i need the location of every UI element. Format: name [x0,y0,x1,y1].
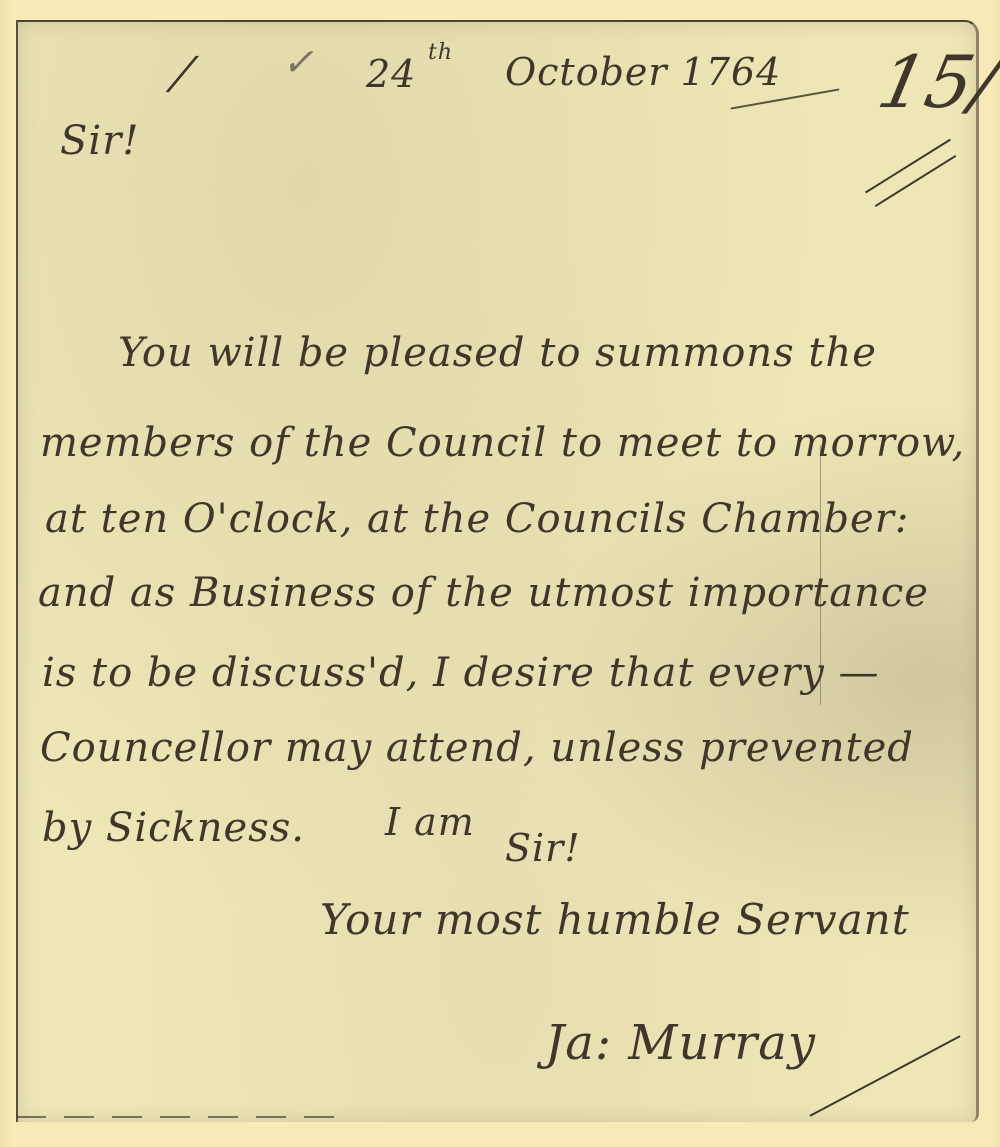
date-day: 24 [366,52,416,96]
check-mark-icon: ✓ [282,40,315,84]
valediction: Your most humble Servant [320,895,910,944]
folio-number: 15/ [871,40,1000,124]
closing-sir: Sir! [505,826,581,870]
body-line: and as Business of the utmost importance [38,570,929,616]
body-line: by Sickness. [42,805,305,851]
date-suffix: th [428,40,453,65]
sheet-bottom-edge [16,1116,336,1118]
signature: Ja: Murray [545,1015,816,1071]
date-month-year: October 1764 [505,50,781,94]
salutation: Sir! [60,118,139,164]
body-line: members of the Council to meet to morrow… [40,420,965,466]
closing-i-am: I am [385,800,475,844]
body-line: You will be pleased to summons the [118,330,877,376]
body-line: is to be discuss'd, I desire that every … [42,650,880,696]
body-line: Councellor may attend, unless prevented [40,725,914,771]
body-line: at ten O'clock, at the Councils Chamber: [45,496,909,542]
